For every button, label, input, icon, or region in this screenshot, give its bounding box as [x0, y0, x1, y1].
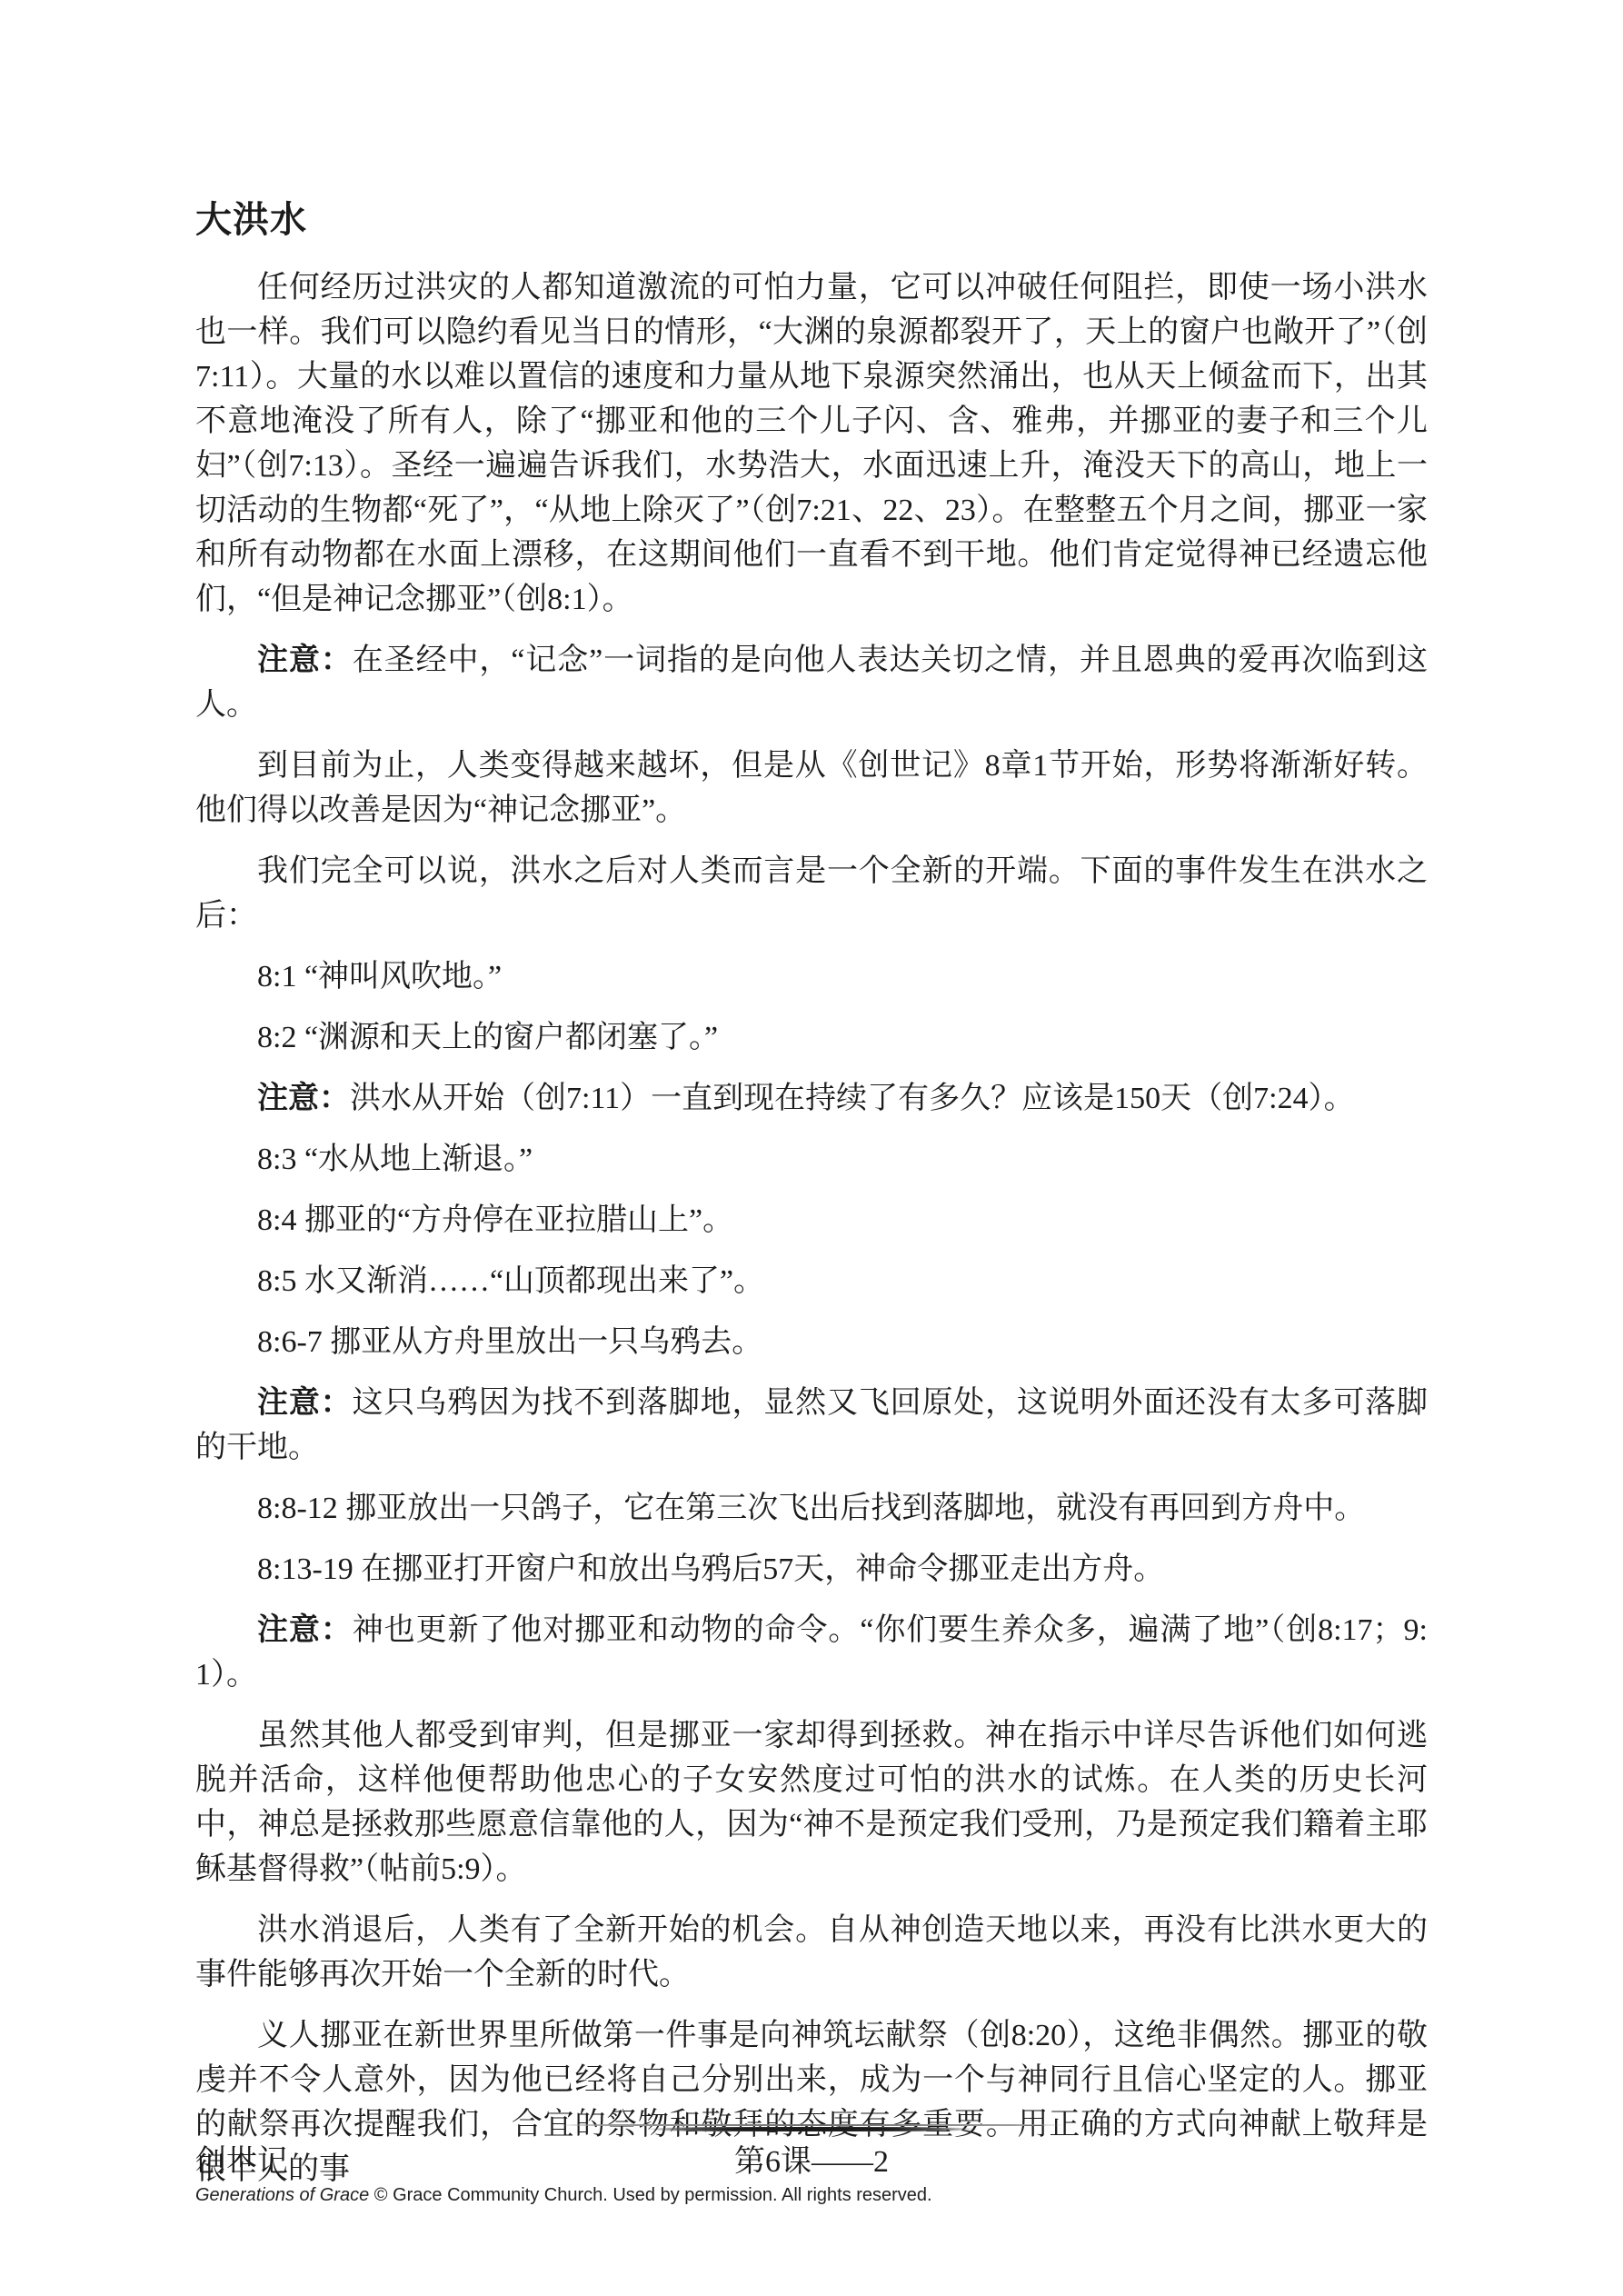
- paragraph-text: 水又渐消……“山顶都现出来了”。: [304, 1264, 764, 1298]
- paragraph-text: 挪亚放出一只鸽子，它在第三次飞出后找到落脚地，就没有再回到方舟中。: [345, 1492, 1365, 1525]
- verse-number: 8:8-12: [257, 1492, 338, 1525]
- body-paragraph: 虽然其他人都受到审判，但是挪亚一家却得到拯救。神在指示中详尽告诉他们如何逃脱并活…: [195, 1713, 1428, 1892]
- verse-number: 8:2: [257, 1021, 296, 1054]
- paragraph-text: 这只乌鸦因为找不到落脚地，显然又飞回原处，这说明外面还没有太多可落脚的干地。: [195, 1386, 1428, 1464]
- document-page: { "title": "大洪水", "paragraphs": [ {"type…: [0, 0, 1623, 2296]
- body-paragraph: 我们完全可以说，洪水之后对人类而言是一个全新的开端。下面的事件发生在洪水之后：: [195, 849, 1428, 938]
- body-paragraph: 到目前为止，人类变得越来越坏，但是从《创世记》8章1节开始，形势将渐渐好转。他们…: [195, 744, 1428, 833]
- verse-number: 8:3: [257, 1143, 296, 1176]
- verse-paragraph: 8:4 挪亚的“方舟停在亚拉腊山上”。: [195, 1198, 1428, 1243]
- footer-divider: [559, 2124, 1064, 2131]
- paragraph-text: 我们完全可以说，洪水之后对人类而言是一个全新的开端。下面的事件发生在洪水之后：: [195, 854, 1428, 933]
- verse-paragraph: 8:6-7 挪亚从方舟里放出一只乌鸦去。: [195, 1320, 1428, 1364]
- verse-paragraph: 8:3 “水从地上渐退。”: [195, 1137, 1428, 1182]
- note-paragraph: 注意：在圣经中，“记念”一词指的是向他人表达关切之情，并且恩典的爱再次临到这人。: [195, 638, 1428, 727]
- verse-number: 8:5: [257, 1264, 296, 1298]
- copyright-text: © Grace Community Church. Used by permis…: [369, 2185, 931, 2205]
- copyright-line: Generations of Grace © Grace Community C…: [195, 2184, 932, 2206]
- paragraph-text: 洪水消退后，人类有了全新开始的机会。自从神创造天地以来，再没有比洪水更大的事件能…: [195, 1913, 1428, 1992]
- verse-paragraph: 8:2 “渊源和天上的窗户都闭塞了。”: [195, 1015, 1428, 1060]
- verse-number: 8:4: [257, 1203, 296, 1237]
- note-paragraph: 注意：这只乌鸦因为找不到落脚地，显然又飞回原处，这说明外面还没有太多可落脚的干地…: [195, 1381, 1428, 1470]
- paragraph-text: “渊源和天上的窗户都闭塞了。”: [304, 1021, 718, 1054]
- paragraph-text: 洪水从开始（创7:11）一直到现在持续了有多久？应该是150天（创7:24）。: [350, 1082, 1355, 1115]
- verse-number: 8:13-19: [257, 1552, 353, 1586]
- paragraph-text: “水从地上渐退。”: [304, 1143, 533, 1176]
- divider-thick-line: [612, 2127, 1011, 2131]
- verse-paragraph: 8:1 “神叫风吹地。”: [195, 954, 1428, 999]
- note-paragraph: 注意：神也更新了他对挪亚和动物的命令。“你们要生养众多，遍满了地”（创8:17；…: [195, 1608, 1428, 1697]
- note-label: 注意：: [257, 643, 353, 677]
- paragraph-text: 挪亚从方舟里放出一只乌鸦去。: [330, 1325, 762, 1359]
- note-paragraph: 注意：洪水从开始（创7:11）一直到现在持续了有多久？应该是150天（创7:24…: [195, 1076, 1428, 1121]
- paragraph-text: 在挪亚打开窗户和放出乌鸦后57天，神命令挪亚走出方舟。: [361, 1552, 1164, 1586]
- paragraph-text: 到目前为止，人类变得越来越坏，但是从《创世记》8章1节开始，形势将渐渐好转。他们…: [195, 749, 1428, 827]
- verse-paragraph: 8:5 水又渐消……“山顶都现出来了”。: [195, 1259, 1428, 1303]
- note-label: 注意：: [257, 1081, 350, 1115]
- paragraph-text: 挪亚的“方舟停在亚拉腊山上”。: [304, 1203, 733, 1237]
- document-body: 任何经历过洪灾的人都知道激流的可怕力量，它可以冲破任何阻拦，即使一场小洪水也一样…: [195, 265, 1428, 2191]
- verse-number: 8:1: [257, 960, 296, 993]
- page-title: 大洪水: [195, 198, 1428, 242]
- paragraph-text: “神叫风吹地。”: [304, 960, 502, 993]
- body-paragraph: 洪水消退后，人类有了全新开始的机会。自从神创造天地以来，再没有比洪水更大的事件能…: [195, 1908, 1428, 1997]
- divider-thin-line: [559, 2124, 1064, 2126]
- copyright-source-title: Generations of Grace: [195, 2185, 369, 2205]
- verse-number: 8:6-7: [257, 1325, 323, 1359]
- paragraph-text: 在圣经中，“记念”一词指的是向他人表达关切之情，并且恩典的爱再次临到这人。: [195, 644, 1428, 722]
- body-paragraph: 任何经历过洪灾的人都知道激流的可怕力量，它可以冲破任何阻拦，即使一场小洪水也一样…: [195, 265, 1428, 622]
- paragraph-text: 神也更新了他对挪亚和动物的命令。“你们要生养众多，遍满了地”（创8:17；9:1…: [195, 1613, 1428, 1692]
- document-content: 大洪水 任何经历过洪灾的人都知道激流的可怕力量，它可以冲破任何阻拦，即使一场小洪…: [195, 198, 1428, 2208]
- note-label: 注意：: [257, 1612, 353, 1647]
- verse-paragraph: 8:8-12 挪亚放出一只鸽子，它在第三次飞出后找到落脚地，就没有再回到方舟中。: [195, 1486, 1428, 1531]
- paragraph-text: 虽然其他人都受到审判，但是挪亚一家却得到拯救。神在指示中详尽告诉他们如何逃脱并活…: [195, 1719, 1428, 1886]
- footer-page-label: 第6课——2: [734, 2141, 889, 2183]
- page-footer: 创世记 第6课——2: [195, 2141, 1428, 2183]
- verse-paragraph: 8:13-19 在挪亚打开窗户和放出乌鸦后57天，神命令挪亚走出方舟。: [195, 1547, 1428, 1592]
- paragraph-text: 任何经历过洪灾的人都知道激流的可怕力量，它可以冲破任何阻拦，即使一场小洪水也一样…: [195, 271, 1428, 616]
- note-label: 注意：: [257, 1385, 353, 1420]
- footer-book-title: 创世记: [195, 2141, 288, 2183]
